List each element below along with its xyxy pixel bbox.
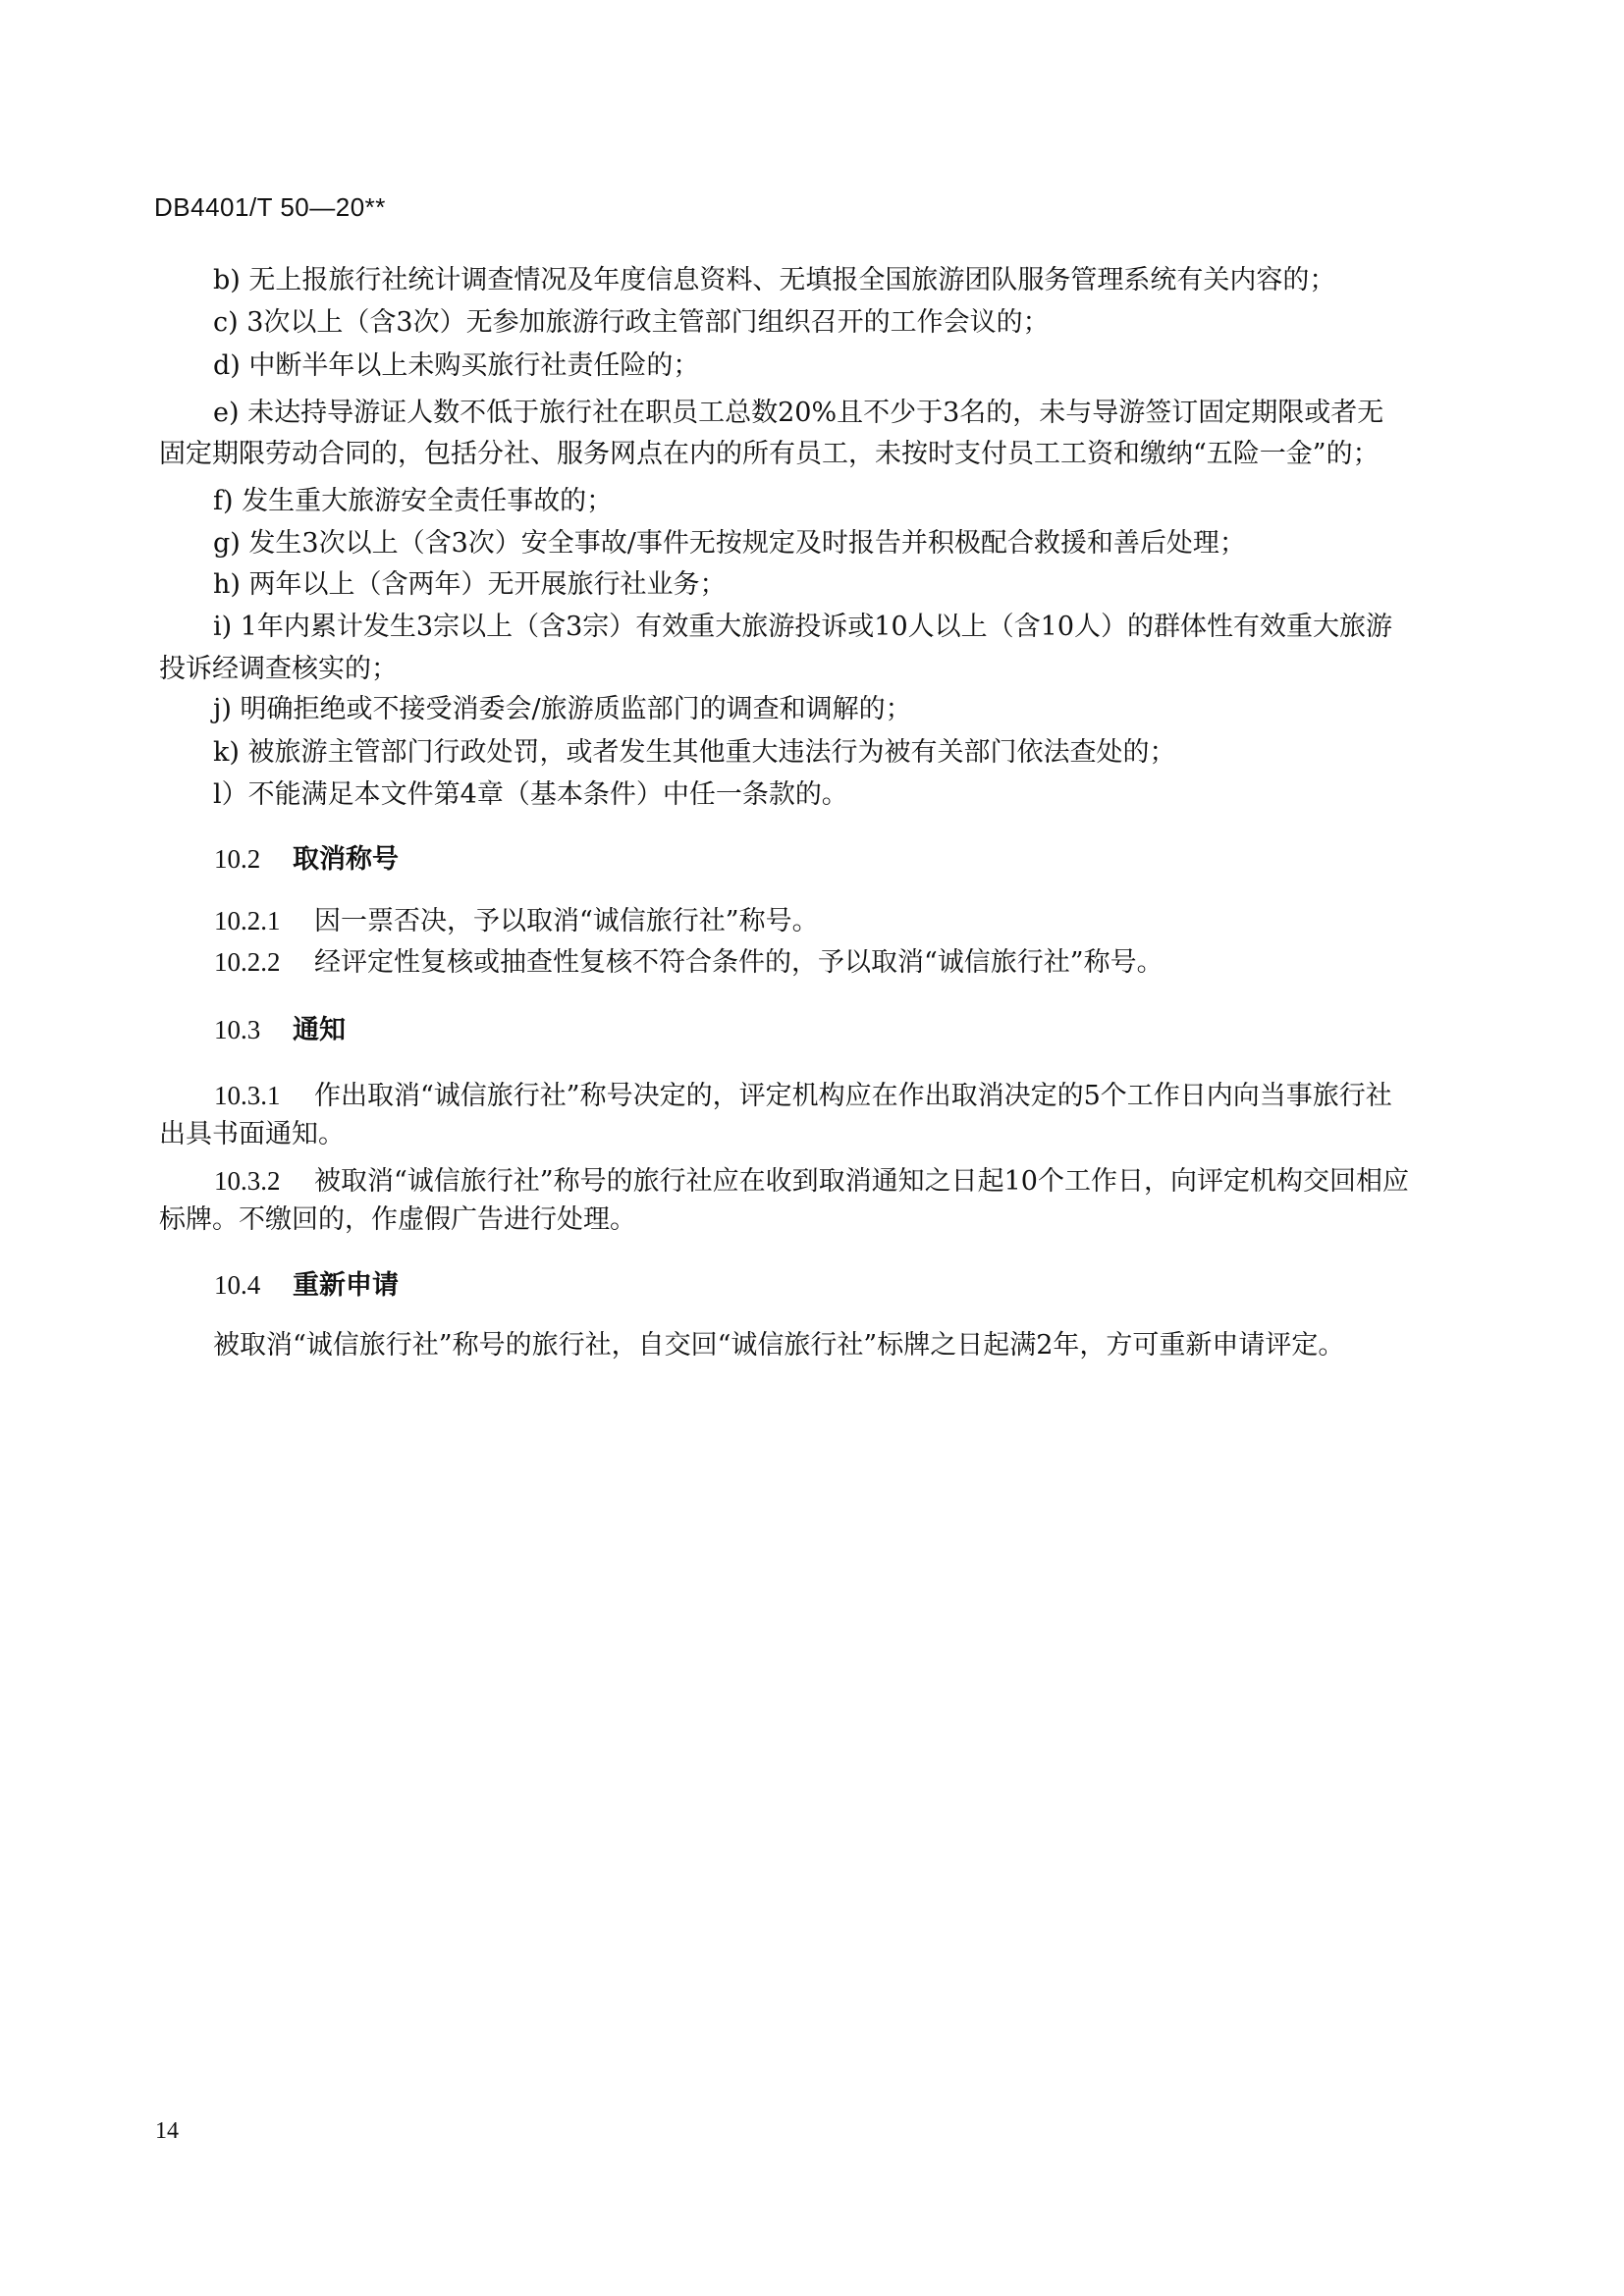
section-number: 10.3 (214, 1013, 293, 1046)
section-title: 通知 (293, 1015, 346, 1045)
section-number: 10.2 (214, 842, 293, 876)
clause-text: 经评定性复核或抽查性复核不符合条件的，予以取消“诚信旅行社”称号。 (314, 947, 1164, 978)
clause-10-2-2: 10.2.2经评定性复核或抽查性复核不符合条件的，予以取消“诚信旅行社”称号。 (214, 945, 1164, 980)
list-item-i-continuation: 投诉经调查核实的； (159, 653, 1475, 686)
paragraph-reapply: 被取消“诚信旅行社”称号的旅行社，自交回“诚信旅行社”标牌之日起满2年，方可重新… (213, 1329, 1529, 1362)
section-number: 10.4 (214, 1268, 293, 1302)
clause-number: 10.2.1 (214, 904, 314, 937)
list-item-c: c) 3次以上（含3次）无参加旅游行政主管部门组织召开的工作会议的； (213, 306, 1529, 340)
clause-10-3-2-continuation: 标牌。不缴回的，作虚假广告进行处理。 (159, 1203, 1475, 1237)
section-heading-10-3: 10.3通知 (214, 1013, 346, 1047)
list-item-h: h) 两年以上（含两年）无开展旅行社业务； (213, 568, 1529, 602)
page-number: 14 (155, 2118, 179, 2145)
list-item-j: j) 明确拒绝或不接受消委会/旅游质监部门的调查和调解的； (213, 693, 1529, 726)
clause-text: 作出取消“诚信旅行社”称号决定的，评定机构应在作出取消决定的5个工作日内向当事旅… (314, 1081, 1392, 1111)
list-item-k: k) 被旅游主管部门行政处罚，或者发生其他重大违法行为被有关部门依法查处的； (213, 736, 1529, 770)
list-item-b: b) 无上报旅行社统计调查情况及年度信息资料、无填报全国旅游团队服务管理系统有关… (213, 264, 1529, 297)
list-item-e-continuation: 固定期限劳动合同的，包括分社、服务网点在内的所有员工，未按时支付员工工资和缴纳“… (159, 438, 1475, 471)
clause-number: 10.3.1 (214, 1079, 314, 1112)
clause-10-3-2: 10.3.2被取消“诚信旅行社”称号的旅行社应在收到取消通知之日起10个工作日，… (214, 1164, 1409, 1199)
clause-10-2-1: 10.2.1因一票否决，予以取消“诚信旅行社”称号。 (214, 904, 819, 938)
list-item-g: g) 发生3次以上（含3次）安全事故/事件无按规定及时报告并积极配合救援和善后处… (213, 527, 1529, 561)
section-title: 取消称号 (293, 844, 399, 875)
list-item-l: l）不能满足本文件第4章（基本条件）中任一条款的。 (213, 778, 1529, 812)
list-item-f: f) 发生重大旅游安全责任事故的； (213, 485, 1529, 518)
clause-text: 因一票否决，予以取消“诚信旅行社”称号。 (314, 906, 819, 936)
document-code-header: DB4401/T 50—20** (154, 192, 386, 223)
section-title: 重新申请 (293, 1270, 399, 1301)
clause-number: 10.2.2 (214, 945, 314, 979)
list-item-i: i) 1年内累计发生3宗以上（含3宗）有效重大旅游投诉或10人以上（含10人）的… (213, 611, 1529, 644)
list-item-e: e) 未达持导游证人数不低于旅行社在职员工总数20%且不少于3名的，未与导游签订… (213, 397, 1529, 430)
clause-10-3-1: 10.3.1作出取消“诚信旅行社”称号决定的，评定机构应在作出取消决定的5个工作… (214, 1079, 1392, 1113)
section-heading-10-4: 10.4重新申请 (214, 1268, 399, 1303)
clause-number: 10.3.2 (214, 1164, 314, 1198)
clause-text: 被取消“诚信旅行社”称号的旅行社应在收到取消通知之日起10个工作日，向评定机构交… (314, 1166, 1409, 1197)
clause-10-3-1-continuation: 出具书面通知。 (159, 1118, 1475, 1151)
list-item-d: d) 中断半年以上未购买旅行社责任险的； (213, 349, 1529, 383)
section-heading-10-2: 10.2取消称号 (214, 842, 399, 877)
